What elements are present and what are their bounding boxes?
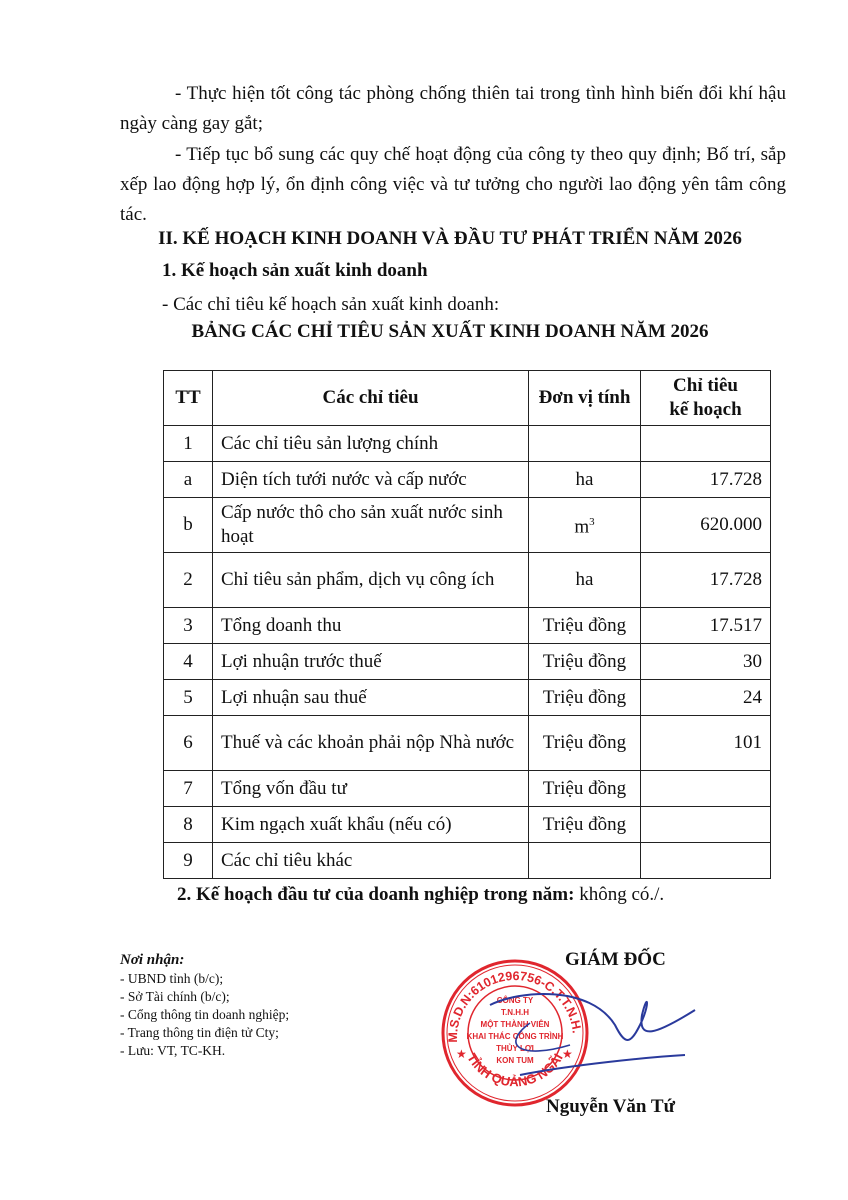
- cell-unit: ha: [529, 553, 641, 608]
- cell-tt: 5: [164, 680, 213, 716]
- table-header-row: TT Các chỉ tiêu Đơn vị tính Chỉ tiêu kế …: [164, 371, 771, 426]
- table-row: 6Thuế và các khoản phải nộp Nhà nướcTriệ…: [164, 716, 771, 771]
- cell-unit: Triệu đồng: [529, 644, 641, 680]
- table-row: 7Tổng vốn đầu tưTriệu đồng: [164, 771, 771, 807]
- table-row: 9Các chỉ tiêu khác: [164, 843, 771, 879]
- paragraph-regulations: - Tiếp tục bổ sung các quy chế hoạt động…: [120, 140, 786, 230]
- recipient-item: - Lưu: VT, TC-KH.: [120, 1042, 289, 1060]
- cell-tt: 2: [164, 553, 213, 608]
- table-row: 4Lợi nhuận trước thuếTriệu đồng30: [164, 644, 771, 680]
- header-unit: Đơn vị tính: [529, 371, 641, 426]
- cell-value: 620.000: [641, 498, 771, 553]
- cell-name: Chỉ tiêu sản phẩm, dịch vụ công ích: [213, 553, 529, 608]
- recipients-title: Nơi nhận:: [120, 950, 289, 970]
- cell-name: Diện tích tưới nước và cấp nước: [213, 462, 529, 498]
- cell-name: Lợi nhuận sau thuế: [213, 680, 529, 716]
- cell-value: [641, 771, 771, 807]
- cell-value: 24: [641, 680, 771, 716]
- subsection-intro: - Các chỉ tiêu kế hoạch sản xuất kinh do…: [162, 294, 499, 316]
- table-row: 8Kim ngạch xuất khẩu (nếu có)Triệu đồng: [164, 807, 771, 843]
- cell-name: Các chỉ tiêu sản lượng chính: [213, 426, 529, 462]
- cell-tt: 8: [164, 807, 213, 843]
- cell-name: Lợi nhuận trước thuế: [213, 644, 529, 680]
- header-value: Chỉ tiêu kế hoạch: [641, 371, 771, 426]
- cell-value: 30: [641, 644, 771, 680]
- cell-value: 17.728: [641, 553, 771, 608]
- cell-name: Tổng doanh thu: [213, 608, 529, 644]
- header-tt: TT: [164, 371, 213, 426]
- table-row: 1Các chỉ tiêu sản lượng chính: [164, 426, 771, 462]
- table-row: 2Chỉ tiêu sản phẩm, dịch vụ công íchha17…: [164, 553, 771, 608]
- table-row: 5Lợi nhuận sau thuếTriệu đồng24: [164, 680, 771, 716]
- cell-tt: 4: [164, 644, 213, 680]
- header-value-line2: kế hoạch: [669, 399, 741, 420]
- recipient-item: - Trang thông tin điện tử Cty;: [120, 1024, 289, 1042]
- subsection-2: 2. Kế hoạch đầu tư của doanh nghiệp tron…: [177, 884, 664, 906]
- subsection-2-value: không có./.: [574, 884, 664, 905]
- cell-value: [641, 426, 771, 462]
- cell-name: Các chỉ tiêu khác: [213, 843, 529, 879]
- table-row: 3Tổng doanh thuTriệu đồng17.517: [164, 608, 771, 644]
- cell-tt: 6: [164, 716, 213, 771]
- cell-name: Thuế và các khoản phải nộp Nhà nước: [213, 716, 529, 771]
- cell-unit: Triệu đồng: [529, 608, 641, 644]
- cell-name: Cấp nước thô cho sản xuất nước sinh hoạt: [213, 498, 529, 553]
- section-heading: II. KẾ HOẠCH KINH DOANH VÀ ĐẦU TƯ PHÁT T…: [0, 228, 848, 250]
- recipient-item: - Cổng thông tin doanh nghiệp;: [120, 1006, 289, 1024]
- cell-tt: 3: [164, 608, 213, 644]
- cell-unit: Triệu đồng: [529, 716, 641, 771]
- cell-tt: 7: [164, 771, 213, 807]
- cell-value: 17.728: [641, 462, 771, 498]
- cell-unit: m3: [529, 498, 641, 553]
- unit-superscript: 3: [589, 516, 595, 528]
- cell-tt: 9: [164, 843, 213, 879]
- recipient-item: - UBND tỉnh (b/c);: [120, 970, 289, 988]
- subsection-heading-1: 1. Kế hoạch sản xuất kinh doanh: [162, 260, 428, 282]
- cell-value: [641, 843, 771, 879]
- recipient-item: - Sở Tài chính (b/c);: [120, 988, 289, 1006]
- cell-unit: ha: [529, 462, 641, 498]
- kpi-table: TT Các chỉ tiêu Đơn vị tính Chỉ tiêu kế …: [163, 370, 771, 879]
- cell-unit: Triệu đồng: [529, 771, 641, 807]
- cell-unit: [529, 426, 641, 462]
- cell-value: [641, 807, 771, 843]
- cell-tt: a: [164, 462, 213, 498]
- svg-text:★: ★: [456, 1047, 467, 1061]
- table-title: BẢNG CÁC CHỈ TIÊU SẢN XUẤT KINH DOANH NĂ…: [0, 321, 848, 343]
- recipients-block: Nơi nhận: - UBND tỉnh (b/c); - Sở Tài ch…: [120, 950, 289, 1060]
- cell-value: 17.517: [641, 608, 771, 644]
- cell-unit: [529, 843, 641, 879]
- cell-tt: b: [164, 498, 213, 553]
- cell-unit: Triệu đồng: [529, 807, 641, 843]
- cell-unit: Triệu đồng: [529, 680, 641, 716]
- cell-value: 101: [641, 716, 771, 771]
- cell-tt: 1: [164, 426, 213, 462]
- header-name: Các chỉ tiêu: [213, 371, 529, 426]
- signature-icon: [480, 985, 700, 1085]
- header-value-line1: Chỉ tiêu: [673, 375, 738, 396]
- cell-name: Kim ngạch xuất khẩu (nếu có): [213, 807, 529, 843]
- cell-name: Tổng vốn đầu tư: [213, 771, 529, 807]
- paragraph-disaster-prevention: - Thực hiện tốt công tác phòng chống thi…: [120, 79, 786, 139]
- subsection-2-label: 2. Kế hoạch đầu tư của doanh nghiệp tron…: [177, 884, 574, 905]
- table-row: bCấp nước thô cho sản xuất nước sinh hoạ…: [164, 498, 771, 553]
- director-name: Nguyễn Văn Tứ: [546, 1096, 675, 1118]
- table-row: aDiện tích tưới nước và cấp nướcha17.728: [164, 462, 771, 498]
